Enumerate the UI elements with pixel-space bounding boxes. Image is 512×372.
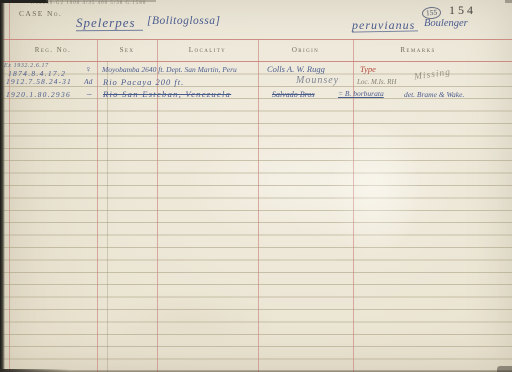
row1-sex: ♀ xyxy=(85,64,92,74)
row1-origin: Colls A. W. Rugg xyxy=(267,64,325,74)
paper-smudge xyxy=(100,290,280,350)
scan-corner-top-right xyxy=(505,0,512,3)
column-header-remarks: Remarks xyxy=(353,46,483,54)
scan-edge-top xyxy=(0,0,48,3)
scan-edge-left xyxy=(0,0,5,372)
genus-synonym: [Bolitoglossa] xyxy=(147,15,220,27)
col-rule-regno-sex xyxy=(97,39,98,372)
margin-rule xyxy=(9,0,10,372)
row2-sex: Ad xyxy=(84,77,92,86)
row3-remarks: det. Brame & Wake. xyxy=(404,90,464,99)
specimen-index-card: W12280-G2 1000 4/35 400 5/38 G.1588 CASE… xyxy=(0,0,512,372)
scan-edge-top-faint xyxy=(46,0,156,2)
header-top-rule xyxy=(0,39,512,40)
column-header-reg-no: Reg. No. xyxy=(9,46,97,54)
scan-corner-bottom-right xyxy=(497,366,512,372)
paper-light-patch xyxy=(330,120,420,260)
row3-origin-struck: Salvado Bros xyxy=(272,90,315,99)
card-number-circled: 155 xyxy=(422,2,441,20)
row1-remarks-type: Type xyxy=(360,64,376,74)
circled-number-155: 155 xyxy=(422,6,442,19)
row1-locality: Moyobamba 2640 ft. Dept. San Martin, Per… xyxy=(102,65,237,74)
genus-underline xyxy=(76,30,143,32)
header-bottom-rule xyxy=(0,61,512,62)
genus-name: Spelerpes xyxy=(76,15,136,31)
card-number: 154 xyxy=(449,3,476,18)
row2-origin: Mounsey xyxy=(296,75,339,86)
row2-reg-no: 1912.7.58.24-31 xyxy=(6,77,72,86)
case-no-label: CASE No. xyxy=(19,9,62,18)
row2-remarks: Loc. M.Is. RH xyxy=(357,78,396,86)
row2-locality: Rio Pacaya 200 ft. xyxy=(103,77,184,87)
column-header-sex: Sex xyxy=(97,46,157,54)
column-header-locality: Locality xyxy=(157,46,258,54)
row3-sex: – xyxy=(87,89,92,99)
row3-reg-no: 1920.1.80.2936 xyxy=(6,90,71,99)
column-header-origin: Origin xyxy=(258,46,353,54)
row3-locality-struck: Rio San Esteban, Venezuela xyxy=(103,89,231,99)
row3-identification: = B. borburata xyxy=(338,89,384,98)
